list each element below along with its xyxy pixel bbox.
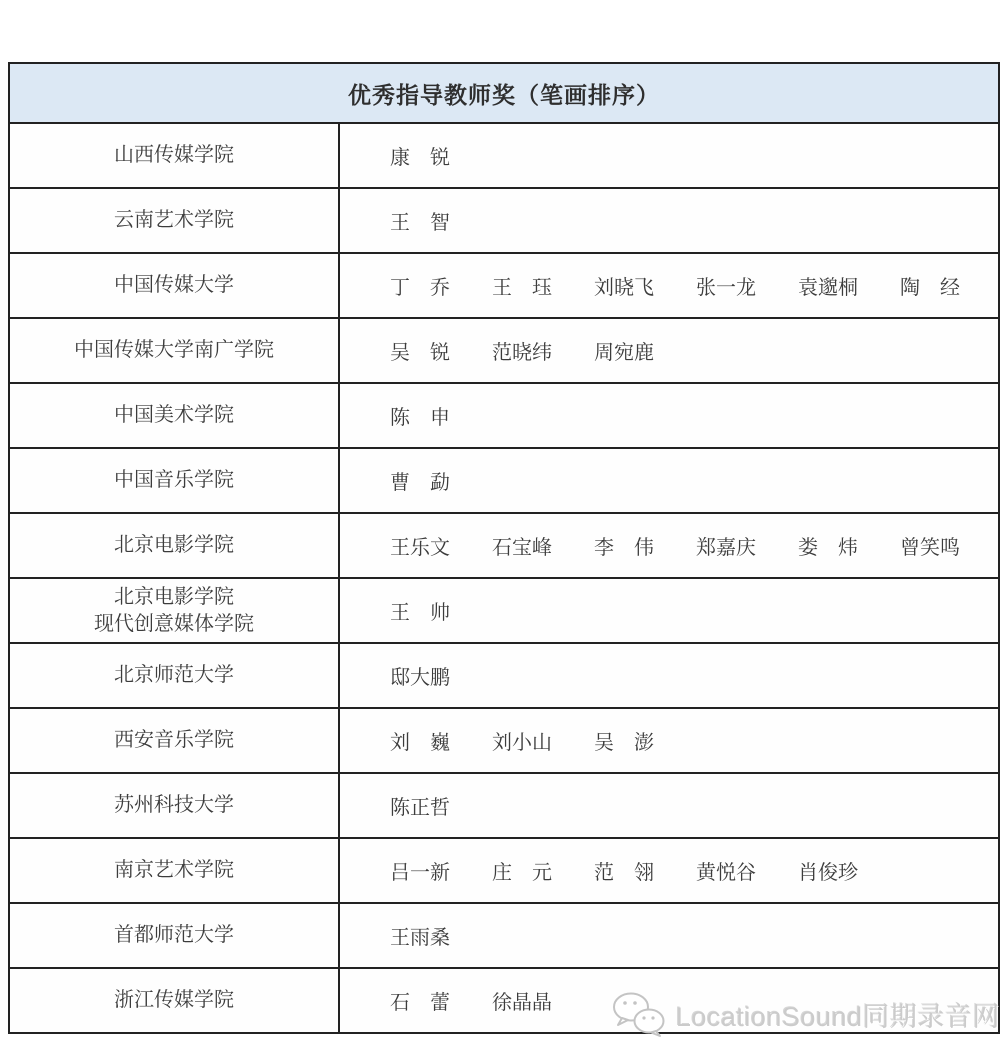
teacher-name: 曹 勐 [390, 466, 450, 495]
teacher-name: 李 伟 [594, 531, 654, 560]
school-cell: 云南艺术学院 [10, 189, 340, 252]
teacher-name: 石 蕾 [390, 986, 450, 1015]
names-cell: 邸大鹏 [340, 644, 998, 707]
names-cell: 丁 乔王 珏刘晓飞张一龙袁邈桐陶 经 [340, 254, 998, 317]
school-name: 南京艺术学院 [114, 857, 234, 884]
school-cell: 中国美术学院 [10, 384, 340, 447]
school-name: 苏州科技大学 [114, 792, 234, 819]
names-cell: 曹 勐 [340, 449, 998, 512]
school-name: 云南艺术学院 [114, 207, 234, 234]
school-cell: 南京艺术学院 [10, 839, 340, 902]
teacher-name: 石宝峰 [492, 531, 552, 560]
teacher-name: 刘小山 [492, 726, 552, 755]
names-cell: 吕一新庄 元范 翎黄悦谷肖俊珍 [340, 839, 998, 902]
names-cell: 王乐文石宝峰李 伟郑嘉庆娄 炜曾笑鸣 [340, 514, 998, 577]
school-cell: 山西传媒学院 [10, 124, 340, 187]
school-name: 中国美术学院 [114, 402, 234, 429]
teacher-name: 徐晶晶 [492, 986, 552, 1015]
teacher-name: 庄 元 [492, 856, 552, 885]
teacher-name: 黄悦谷 [696, 856, 756, 885]
teacher-name: 吴 澎 [594, 726, 654, 755]
table-row: 中国美术学院陈 申 [10, 384, 998, 449]
table-header-row: 优秀指导教师奖（笔画排序） [10, 64, 998, 124]
names-cell: 陈 申 [340, 384, 998, 447]
school-cell: 苏州科技大学 [10, 774, 340, 837]
teacher-name: 曾笑鸣 [900, 531, 960, 560]
table-row: 苏州科技大学陈正哲 [10, 774, 998, 839]
teacher-name: 张一龙 [696, 271, 756, 300]
teacher-name: 范 翎 [594, 856, 654, 885]
page: 优秀指导教师奖（笔画排序） 山西传媒学院康 锐云南艺术学院王 智中国传媒大学丁 … [0, 0, 1008, 1057]
teacher-name: 康 锐 [390, 141, 450, 170]
teacher-name: 陈 申 [390, 401, 450, 430]
school-name: 中国传媒大学 [114, 272, 234, 299]
school-name: 北京师范大学 [114, 662, 234, 689]
teacher-name: 范晓纬 [492, 336, 552, 365]
school-cell: 中国传媒大学南广学院 [10, 319, 340, 382]
teacher-name: 娄 炜 [798, 531, 858, 560]
school-name: 浙江传媒学院 [114, 987, 234, 1014]
school-cell: 浙江传媒学院 [10, 969, 340, 1032]
school-name: 现代创意媒体学院 [94, 611, 254, 638]
teacher-name: 袁邈桐 [798, 271, 858, 300]
teacher-name: 陶 经 [900, 271, 960, 300]
school-name: 北京电影学院 [114, 584, 234, 611]
teacher-name: 刘 巍 [390, 726, 450, 755]
school-name: 西安音乐学院 [114, 727, 234, 754]
table-row: 西安音乐学院刘 巍刘小山吴 澎 [10, 709, 998, 774]
names-cell: 王 帅 [340, 579, 998, 642]
names-cell: 刘 巍刘小山吴 澎 [340, 709, 998, 772]
school-cell: 西安音乐学院 [10, 709, 340, 772]
table-row: 云南艺术学院王 智 [10, 189, 998, 254]
names-cell: 康 锐 [340, 124, 998, 187]
table-row: 中国传媒大学南广学院吴 锐范晓纬周宛鹿 [10, 319, 998, 384]
names-cell: 王雨桑 [340, 904, 998, 967]
table-row: 山西传媒学院康 锐 [10, 124, 998, 189]
table-title: 优秀指导教师奖（笔画排序） [348, 77, 660, 110]
award-table: 优秀指导教师奖（笔画排序） 山西传媒学院康 锐云南艺术学院王 智中国传媒大学丁 … [8, 62, 1000, 1034]
teacher-name: 王雨桑 [390, 921, 450, 950]
table-row: 首都师范大学王雨桑 [10, 904, 998, 969]
teacher-name: 肖俊珍 [798, 856, 858, 885]
school-name: 中国音乐学院 [114, 467, 234, 494]
table-body: 山西传媒学院康 锐云南艺术学院王 智中国传媒大学丁 乔王 珏刘晓飞张一龙袁邈桐陶… [10, 124, 998, 1032]
watermark: LocationSound同期录音网 [610, 990, 1000, 1038]
wechat-logo-icon [610, 990, 668, 1038]
table-row: 南京艺术学院吕一新庄 元范 翎黄悦谷肖俊珍 [10, 839, 998, 904]
teacher-name: 邸大鹏 [390, 661, 450, 690]
school-cell: 北京电影学院 [10, 514, 340, 577]
names-cell: 吴 锐范晓纬周宛鹿 [340, 319, 998, 382]
teacher-name: 周宛鹿 [594, 336, 654, 365]
teacher-name: 吴 锐 [390, 336, 450, 365]
school-cell: 北京师范大学 [10, 644, 340, 707]
teacher-name: 王乐文 [390, 531, 450, 560]
school-cell: 中国传媒大学 [10, 254, 340, 317]
school-cell: 首都师范大学 [10, 904, 340, 967]
teacher-name: 王 珏 [492, 271, 552, 300]
school-name: 首都师范大学 [114, 922, 234, 949]
watermark-text: LocationSound同期录音网 [676, 995, 1000, 1034]
teacher-name: 郑嘉庆 [696, 531, 756, 560]
teacher-name: 刘晓飞 [594, 271, 654, 300]
table-row: 北京电影学院王乐文石宝峰李 伟郑嘉庆娄 炜曾笑鸣 [10, 514, 998, 579]
school-cell: 中国音乐学院 [10, 449, 340, 512]
school-name: 山西传媒学院 [114, 142, 234, 169]
school-name: 北京电影学院 [114, 532, 234, 559]
table-row: 北京师范大学邸大鹏 [10, 644, 998, 709]
school-cell: 北京电影学院现代创意媒体学院 [10, 579, 340, 642]
teacher-name: 吕一新 [390, 856, 450, 885]
teacher-name: 丁 乔 [390, 271, 450, 300]
teacher-name: 王 智 [390, 206, 450, 235]
teacher-name: 陈正哲 [390, 791, 450, 820]
table-row: 中国传媒大学丁 乔王 珏刘晓飞张一龙袁邈桐陶 经 [10, 254, 998, 319]
table-row: 中国音乐学院曹 勐 [10, 449, 998, 514]
names-cell: 王 智 [340, 189, 998, 252]
table-row: 北京电影学院现代创意媒体学院王 帅 [10, 579, 998, 644]
names-cell: 陈正哲 [340, 774, 998, 837]
school-name: 中国传媒大学南广学院 [74, 337, 274, 364]
teacher-name: 王 帅 [390, 596, 450, 625]
